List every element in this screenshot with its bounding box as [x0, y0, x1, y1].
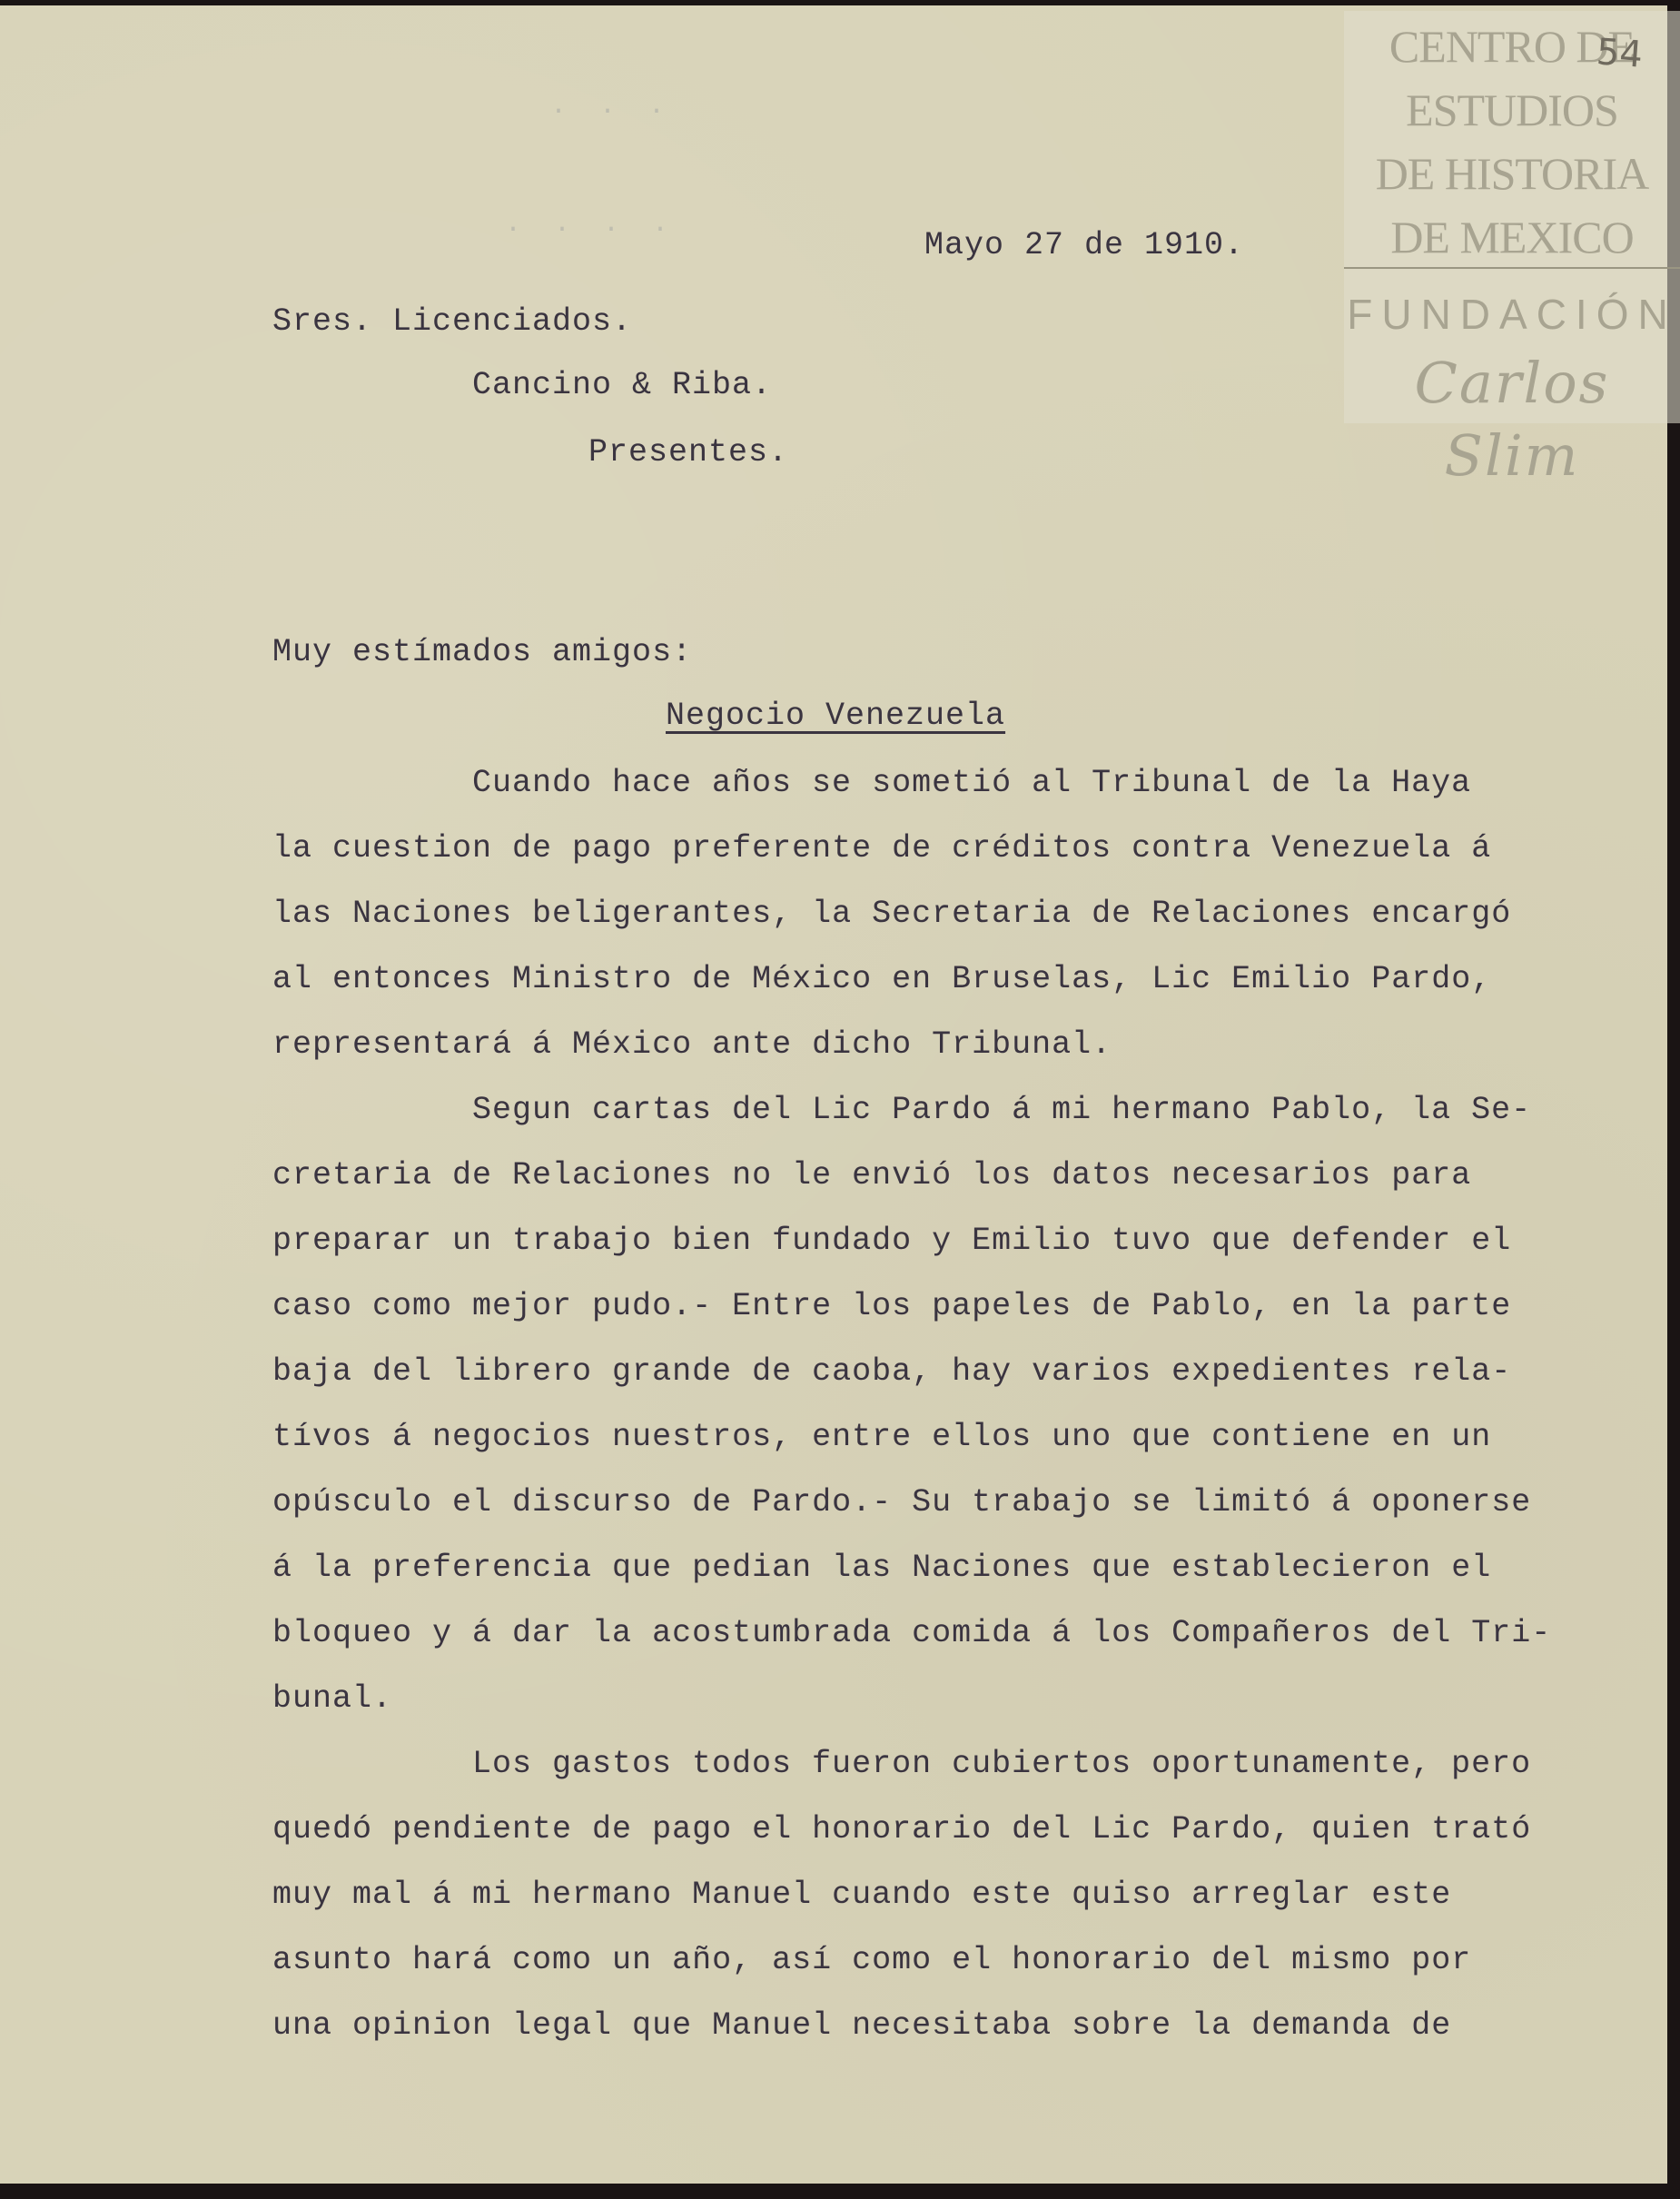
- body-line: bloqueo y á dar la acostumbrada comida á…: [272, 1615, 1551, 1651]
- body-line: al entonces Ministro de México en Brusel…: [272, 961, 1491, 997]
- body-line: á la preferencia que pedian las Naciones…: [272, 1550, 1491, 1586]
- stamp-signature: Carlos Slim: [1344, 347, 1680, 492]
- stamp-line: DE MEXICO: [1344, 205, 1680, 269]
- body-line: quedó pendiente de pago el honorario del…: [272, 1811, 1531, 1847]
- stamp-fundacion: FUNDACIÓN: [1344, 289, 1680, 340]
- salutation: Muy estímados amigos:: [272, 634, 692, 670]
- body-line: opúsculo el discurso de Pardo.- Su traba…: [272, 1484, 1531, 1520]
- recipient-line-3: Presentes.: [588, 434, 788, 471]
- body-line: bunal.: [272, 1680, 392, 1717]
- body-line: baja del librero grande de caoba, hay va…: [272, 1353, 1511, 1390]
- body-line: cretaria de Relaciones no le envió los d…: [272, 1157, 1471, 1194]
- body-line: Segun cartas del Lic Pardo á mi hermano …: [472, 1092, 1531, 1128]
- body-line: la cuestion de pago preferente de crédit…: [272, 830, 1491, 867]
- subject-heading: Negocio Venezuela: [666, 698, 1005, 734]
- letter-date: Mayo 27 de 1910.: [924, 227, 1244, 263]
- body-line: representará á México ante dicho Tribuna…: [272, 1026, 1112, 1063]
- body-line: Cuando hace años se sometió al Tribunal …: [472, 765, 1471, 801]
- recipient-line-1: Sres. Licenciados.: [272, 303, 632, 340]
- body-line: muy mal á mi hermano Manuel cuando este …: [272, 1877, 1451, 1913]
- body-line: las Naciones beligerantes, la Secretaria…: [272, 896, 1511, 932]
- body-line: Los gastos todos fueron cubiertos oportu…: [472, 1746, 1531, 1782]
- stamp-line: ESTUDIOS: [1344, 78, 1680, 142]
- body-line: preparar un trabajo bien fundado y Emili…: [272, 1223, 1511, 1259]
- stamp-line: DE HISTORIA: [1344, 142, 1680, 205]
- letter-page: · · · · · · · CENTRO DE ESTUDIOS DE HIST…: [0, 5, 1667, 2184]
- recipient-line-2: Cancino & Riba.: [472, 367, 772, 403]
- body-line: caso como mejor pudo.- Entre los papeles…: [272, 1288, 1511, 1324]
- folio-number: 54: [1595, 31, 1644, 75]
- bleed-through-marks: · · · ·: [472, 214, 668, 245]
- body-line: tívos á negocios nuestros, entre ellos u…: [272, 1419, 1491, 1455]
- body-line: asunto hará como un año, así como el hon…: [272, 1942, 1471, 1978]
- body-line: una opinion legal que Manuel necesitaba …: [272, 2007, 1451, 2044]
- bleed-through-marks: · · ·: [518, 96, 665, 127]
